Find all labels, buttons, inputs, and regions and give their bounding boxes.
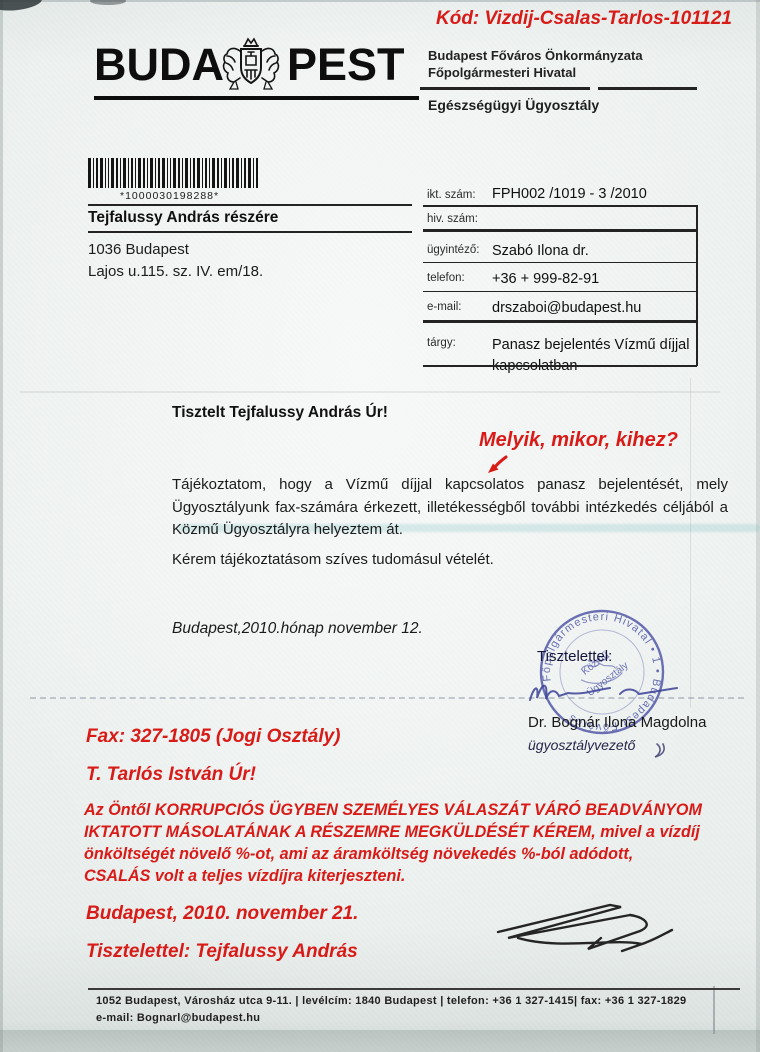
- recipient-rule-bottom: [88, 231, 412, 233]
- question-annotation: Melyik, mikor, kihez?: [479, 429, 678, 452]
- form-value-ikt-szam: FPH002 /1019 - 3 /2010: [492, 186, 647, 202]
- red-date-line: Budapest, 2010. november 21.: [86, 903, 358, 925]
- form-label-telefon: telefon:: [427, 272, 465, 284]
- scan-edge-right: [756, 0, 760, 1052]
- footer-line1: 1052 Budapest, Városház utca 9-11. | lev…: [96, 995, 686, 1007]
- red-arrow-icon: [487, 455, 509, 475]
- addressee-annotation: T. Tarlós István Úr!: [86, 764, 256, 786]
- pen-mark: [652, 742, 668, 760]
- budapest-coat-of-arms-icon: [214, 36, 288, 96]
- recipient-address2: Lajos u.115. sz. IV. em/18.: [88, 263, 263, 280]
- form-rule-6: [423, 365, 697, 367]
- letter-date-line: Budapest,2010.hónap november 12.: [172, 620, 423, 638]
- recipient-address1: 1036 Budapest: [88, 241, 189, 258]
- recipient-name: Tejfalussy András részére: [88, 209, 278, 227]
- scan-fold-line-1: [20, 391, 720, 393]
- signer-name: Dr. Bognár Ilona Magdolna: [528, 714, 706, 731]
- barcode: [88, 158, 258, 188]
- form-rule-2: [423, 229, 697, 232]
- scan-fold-vertical: [690, 378, 691, 708]
- form-rule-vertical: [696, 205, 698, 366]
- demand-annotation: Az Öntől KORRUPCIÓS ÜGYBEN SZEMÉLYES VÁL…: [84, 799, 702, 887]
- recipient-rule-top: [88, 204, 412, 206]
- footer-rule: [88, 988, 740, 990]
- demand-line-2: IKTATOTT MÁSOLATÁNAK A RÉSZEMRE MEGKÜLDÉ…: [84, 821, 702, 843]
- red-closing-line: Tisztelettel: Tejfalussy András: [86, 941, 358, 963]
- demand-line-4: CSALÁS volt a teljes vízdíjra kiterjeszt…: [84, 865, 702, 887]
- letter-paragraph-1: Tájékoztatom, hogy a Vízmű díjjal kapcso…: [172, 474, 728, 542]
- sender-signature: [488, 896, 678, 958]
- demand-line-1: Az Öntől KORRUPCIÓS ÜGYBEN SZEMÉLYES VÁL…: [84, 799, 702, 821]
- scan-smudge-top: [90, 0, 126, 5]
- closing-word: Tisztelettel:: [537, 648, 612, 665]
- form-label-ikt-szam: ikt. szám:: [427, 189, 476, 201]
- logo-text-pest: PEST: [287, 42, 405, 87]
- form-value-email: drszaboi@budapest.hu: [492, 300, 641, 316]
- form-rule-1: [423, 205, 697, 207]
- signer-title: ügyosztályvezető: [528, 737, 635, 753]
- demand-line-3: önköltségét növelő %-ot, ami az áramkölt…: [84, 843, 702, 865]
- header-divider-right: [598, 87, 697, 90]
- scan-smudge-corner: [0, 0, 43, 13]
- form-rule-3: [423, 262, 697, 263]
- scan-edge-left: [0, 0, 3, 1052]
- form-label-targy: tárgy:: [427, 337, 456, 349]
- form-value-telefon: +36 + 999-82-91: [492, 271, 599, 287]
- department-name: Egészségügyi Ügyosztály: [428, 97, 599, 113]
- code-annotation: Kód: Vizdij-Csalas-Tarlos-101121: [436, 8, 732, 30]
- letter-paragraph-2: Kérem tájékoztatásom szíves tudomásul vé…: [172, 549, 494, 572]
- form-rule-4: [423, 291, 697, 292]
- form-label-email: e-mail:: [427, 301, 462, 313]
- scan-edge-top: [0, 0, 760, 2]
- form-value-ugyintezo: Szabó Ilona dr.: [492, 243, 589, 259]
- form-label-ugyintezo: ügyintéző:: [427, 244, 479, 256]
- barcode-number: *1000030198288*: [120, 190, 219, 202]
- fax-annotation: Fax: 327-1805 (Jogi Osztály): [86, 726, 341, 748]
- form-label-hiv-szam: hiv. szám:: [427, 213, 478, 225]
- logo-text-buda: BUDA: [94, 42, 224, 87]
- header-divider-left: [420, 87, 590, 90]
- scanned-letter-page: Kód: Vizdij-Csalas-Tarlos-101121 BUDA PE…: [0, 0, 760, 1052]
- form-value-targy: Panasz bejelentés Vízmű díjjal kapcsolat…: [492, 335, 698, 377]
- logo-underline: [94, 96, 419, 100]
- scan-fold-vertical-bottom: [713, 986, 715, 1034]
- footer-line2: e-mail: Bognarl@budapest.hu: [96, 1012, 260, 1024]
- scan-bottom-band: [0, 1030, 760, 1052]
- salutation: Tisztelt Tejfalussy András Úr!: [172, 404, 388, 422]
- org-name-line1: Budapest Főváros Önkormányzata: [428, 48, 643, 63]
- form-rule-5: [423, 320, 697, 323]
- signer-signature: [526, 678, 702, 708]
- org-name-line2: Főpolgármesteri Hivatal: [428, 65, 576, 80]
